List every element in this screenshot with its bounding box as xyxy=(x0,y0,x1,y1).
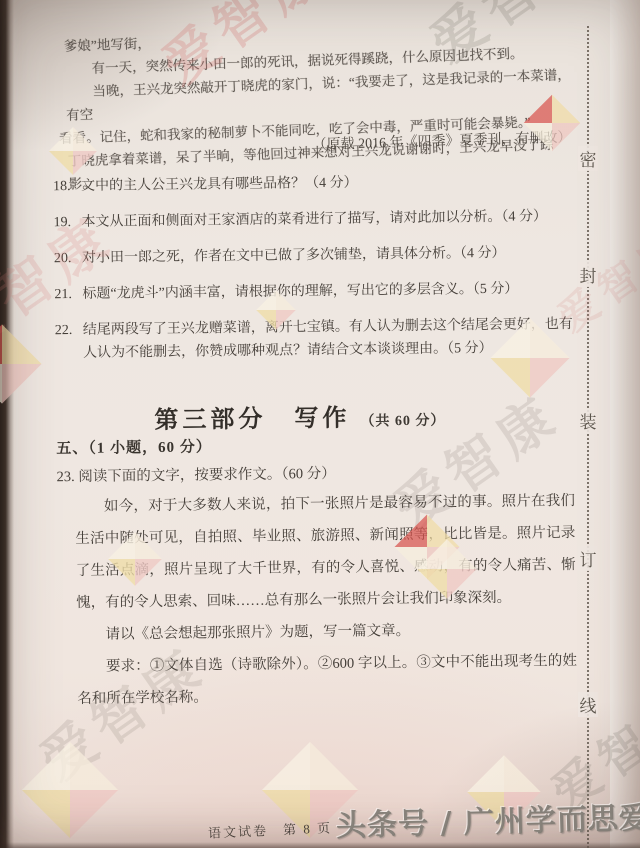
section-title-text: 第三部分 写作 xyxy=(154,406,350,434)
question-text: 本文从正面和侧面对王家酒店的菜肴进行了描写，请对此加以分析。（4 分） xyxy=(81,205,575,234)
question-text: 阅读下面的文字，按要求作文。（60 分） xyxy=(78,466,336,485)
question-22: 22. 结尾两段写了王兴龙赠菜谱，离开七宝镇。有人认为删去这个结尾会更好，也有人… xyxy=(55,313,578,365)
section-score-note: （共 60 分） xyxy=(360,413,445,429)
question-number: 18. xyxy=(53,175,81,198)
question-19: 19. 本文从正面和侧面对王家酒店的菜肴进行了描写，请对此加以分析。（4 分） xyxy=(53,205,575,234)
seal-char-zhuang: 装 xyxy=(578,408,598,433)
question-20: 20. 对小田一郎之死，作者在文中已做了多次铺垫，请具体分析。（4 分） xyxy=(54,241,576,270)
seal-char-ding: 订 xyxy=(578,546,598,571)
question-21: 21. 标题“龙虎斗”内涵丰富，请根据你的理解，写出它的多层含义。（5 分） xyxy=(54,277,576,306)
essay-paragraph: 如今，对于大多数人来说，拍下一张照片是最容易不过的事。照片在我们生活中随处可见，… xyxy=(75,485,577,619)
question-group-heading: 五、（1 小题，60 分） xyxy=(56,435,212,458)
question-number: 22. xyxy=(55,319,84,365)
page-content: 爹娘”地写街， 有一天，突然传来小田一郎的死讯，据说死得蹊跷，什么原因也找不到。… xyxy=(0,0,640,848)
question-text: 结尾两段写了王兴龙赠菜谱，离开七宝镇。有人认为删去这个结尾会更好，也有人认为不能… xyxy=(83,313,578,365)
seal-char-mi: 密 xyxy=(578,146,598,171)
question-number: 19. xyxy=(53,211,81,234)
question-number: 21. xyxy=(54,283,82,306)
essay-prompt: 如今，对于大多数人来说，拍下一张照片是最容易不过的事。照片在我们生活中随处可见，… xyxy=(75,485,578,715)
exam-paper-photo: 爹娘”地写街， 有一天，突然传来小田一郎的死讯，据说死得蹊跷，什么原因也找不到。… xyxy=(0,0,640,848)
question-number: 23. xyxy=(57,469,75,485)
section-title: 第三部分 写作 （共 60 分） xyxy=(0,395,600,437)
question-list: 18. 文中的主人公王兴龙具有哪些品格？（4 分） 19. 本文从正面和侧面对王… xyxy=(53,169,577,378)
question-number: 20. xyxy=(54,247,82,270)
question-text: 对小田一郎之死，作者在文中已做了多次铺垫，请具体分析。（4 分） xyxy=(82,241,576,270)
essay-requirements: 要求：①文体自选（诗歌除外）。②600 字以上。③文中不能出现考生的姓名和所在学… xyxy=(77,645,578,715)
seal-char-xian: 线 xyxy=(578,692,598,717)
question-23: 23. 阅读下面的文字，按要求作文。（60 分） xyxy=(56,462,335,486)
seal-char-feng: 封 xyxy=(578,262,598,287)
question-text: 文中的主人公王兴龙具有哪些品格？（4 分） xyxy=(81,169,575,198)
toutiao-credit-overlay: 头条号 / 广州学而思爱智康 xyxy=(335,791,640,845)
question-text: 标题“龙虎斗”内涵丰富，请根据你的理解，写出它的多层含义。（5 分） xyxy=(82,277,576,306)
